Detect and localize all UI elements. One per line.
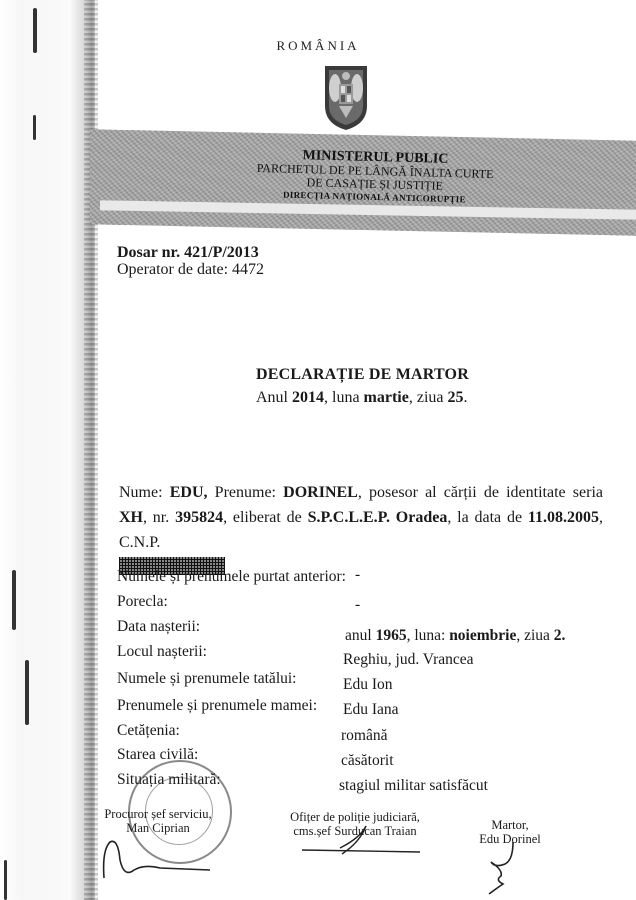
- field-label-birth-date: Data nașterii:: [117, 618, 200, 636]
- data-operator: Operator de date: 4472: [117, 261, 264, 279]
- field-value-civil-status: căsătorit: [341, 752, 394, 770]
- prosecutor-signature-scribble: [100, 820, 220, 880]
- officer-signature-scribble: [300, 818, 430, 858]
- scan-mark: [25, 660, 29, 725]
- date-text: .: [464, 389, 468, 406]
- text: , nr.: [143, 509, 175, 526]
- date-text: , ziua: [409, 389, 448, 406]
- country-name: ROMÂNIA: [0, 38, 636, 54]
- field-label-nickname: Porecla:: [117, 593, 168, 611]
- field-label-citizenship: Cetățenia:: [117, 722, 180, 740]
- romanian-coat-of-arms-icon: [323, 62, 369, 132]
- scan-mark: [12, 570, 16, 630]
- text: , la data de: [447, 509, 528, 526]
- scan-mark: [33, 115, 36, 140]
- document-title: DECLARAȚIE DE MARTOR: [256, 366, 469, 384]
- witness-role: Martor,: [470, 818, 550, 832]
- institution-header: MINISTERUL PUBLIC PARCHETUL DE PE LÂNGĂ …: [219, 146, 530, 207]
- field-value-previous-name: -: [355, 566, 360, 584]
- scan-margin-shadow: [0, 0, 95, 900]
- text: Nume:: [119, 484, 170, 501]
- id-issue-date: 11.08.2005: [528, 509, 599, 526]
- field-label-birth-place: Locul nașterii:: [117, 643, 207, 661]
- text: , luna:: [407, 627, 450, 644]
- field-value-military-status: stagiul militar satisfăcut: [339, 777, 488, 795]
- field-value-mother-name: Edu Iana: [343, 701, 399, 719]
- id-series: XH: [119, 509, 143, 526]
- date-day: 25: [448, 389, 464, 406]
- text: , ziua: [516, 627, 553, 644]
- field-label-father-name: Numele și prenumele tatălui:: [117, 670, 296, 688]
- field-label-mother-name: Prenumele și prenumele mamei:: [117, 697, 317, 715]
- witness-surname: EDU,: [170, 484, 208, 501]
- text: anul: [345, 627, 376, 644]
- id-issuer: S.P.C.L.E.P. Oradea: [308, 509, 448, 526]
- text: , posesor al cărții de identitate seria: [358, 484, 603, 501]
- witness-signature-scribble: [475, 840, 535, 898]
- scan-mark: [4, 860, 7, 900]
- id-number: 395824: [175, 509, 223, 526]
- field-value-birth-date: anul 1965, luna: noiembrie, ziua 2.: [345, 627, 565, 645]
- text: , eliberat de: [223, 509, 308, 526]
- birth-year: 1965: [376, 627, 407, 644]
- field-label-previous-name: Numele și prenumele purtat anterior:: [117, 568, 346, 586]
- document-date: Anul 2014, luna martie, ziua 25.: [256, 389, 468, 407]
- identity-paragraph: Nume: EDU, Prenume: DORINEL, posesor al …: [119, 480, 603, 580]
- witness-given-name: DORINEL: [283, 484, 358, 501]
- case-file-number: Dosar nr. 421/P/2013: [117, 244, 259, 262]
- birth-day: 2.: [554, 627, 566, 644]
- field-value-father-name: Edu Ion: [343, 676, 393, 694]
- field-value-birth-place: Reghiu, jud. Vrancea: [343, 651, 474, 669]
- field-value-nickname: -: [355, 596, 360, 614]
- text: Prenume:: [208, 484, 284, 501]
- field-value-citizenship: română: [341, 727, 387, 745]
- date-text: , luna: [324, 389, 364, 406]
- prosecutor-role: Procuror șef serviciu,: [88, 807, 228, 821]
- date-year: 2014: [292, 389, 324, 406]
- date-text: Anul: [256, 389, 292, 406]
- date-month: martie: [364, 389, 409, 406]
- birth-month: noiembrie: [449, 627, 516, 644]
